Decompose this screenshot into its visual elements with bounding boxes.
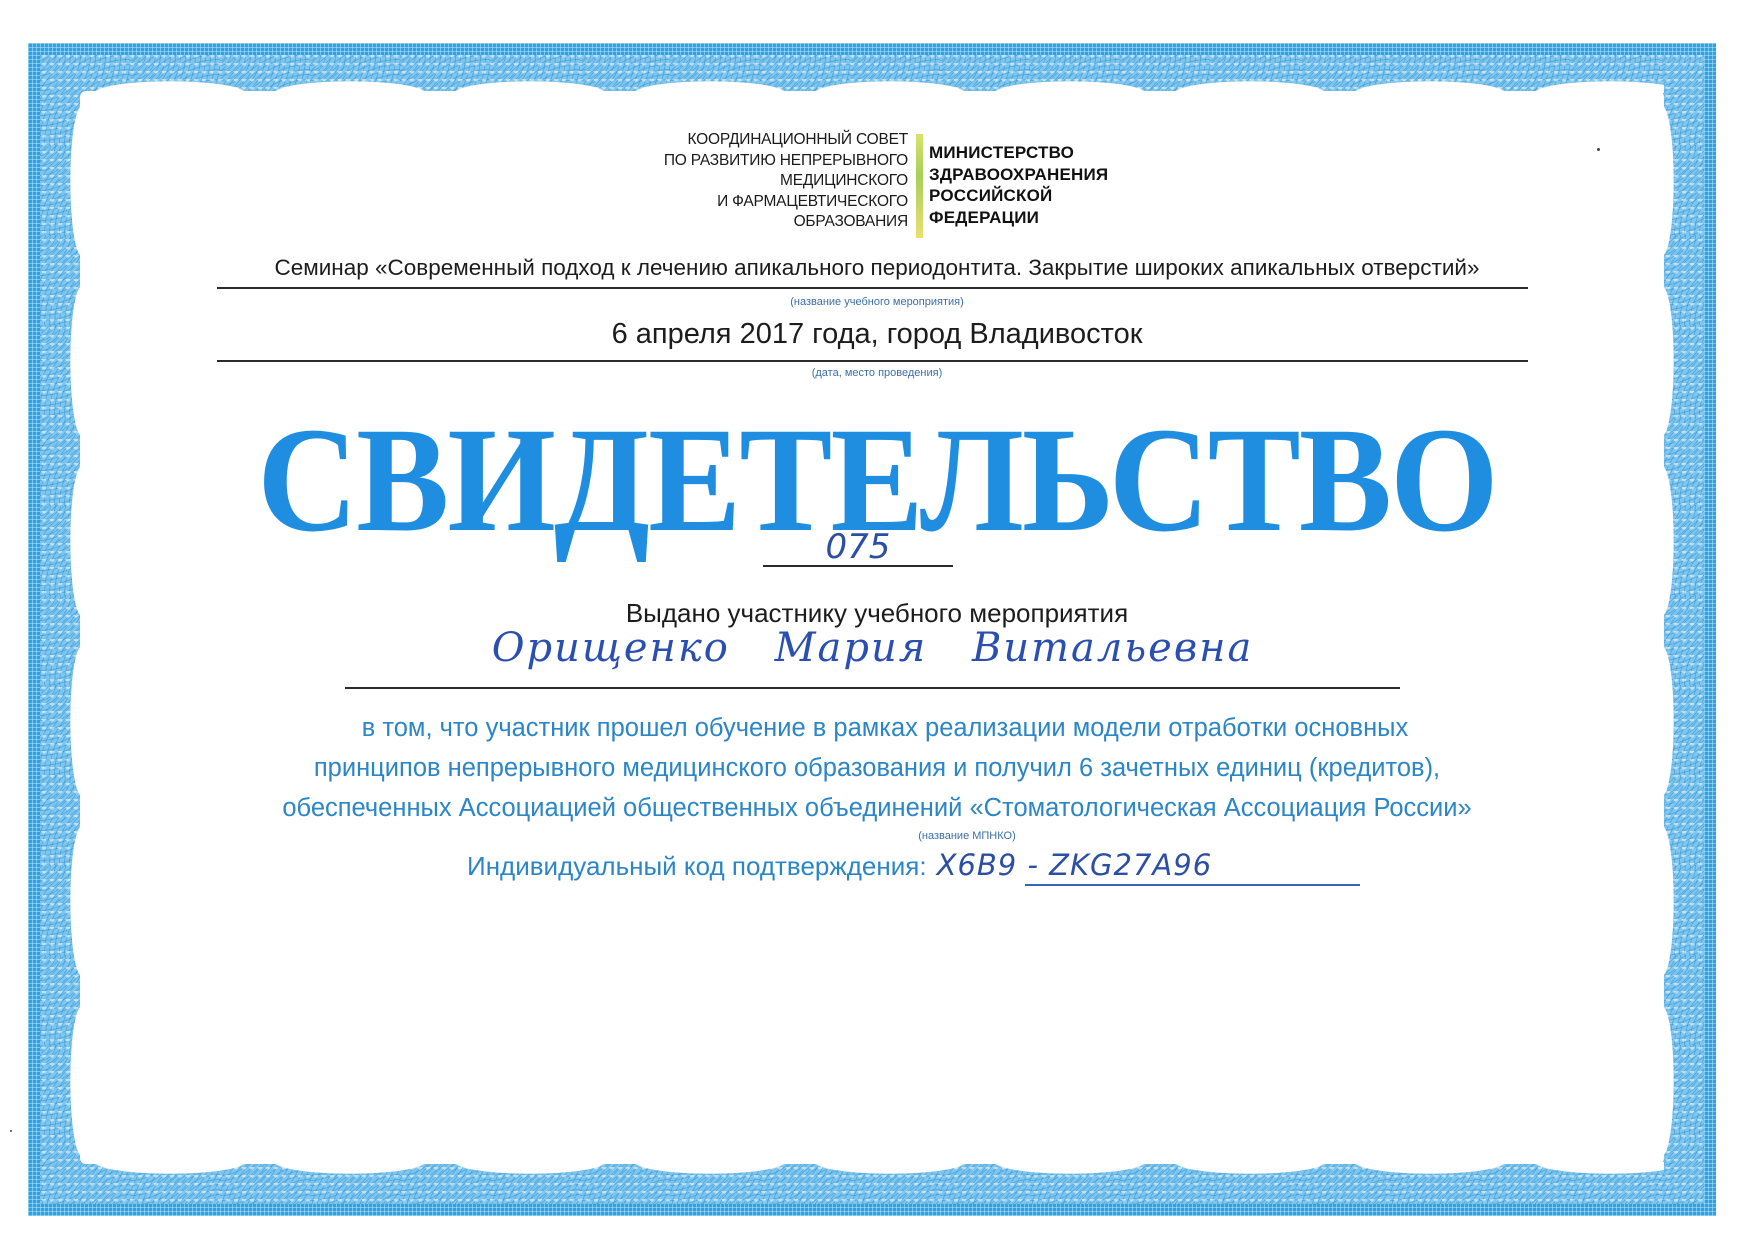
event-name: Семинар «Современный подход к лечению ап…: [0, 255, 1754, 281]
ministry-line: РОССИЙСКОЙ: [929, 185, 1108, 207]
number-underline: [763, 565, 953, 567]
ministry-line: МИНИСТЕРСТВО: [929, 142, 1108, 164]
date-place-underline: [217, 360, 1528, 362]
confirmation-code-row: Индивидуальный код подтверждения: X6B9 -…: [467, 848, 1212, 882]
council-line: ПО РАЗВИТИЮ НЕПРЕРЫВНОГО: [600, 151, 908, 172]
certificate-content: КООРДИНАЦИОННЫЙ СОВЕТ ПО РАЗВИТИЮ НЕПРЕР…: [0, 0, 1754, 1240]
date-place-hint: (дата, место проведения): [0, 367, 1754, 379]
participant-name-underline: [345, 687, 1400, 689]
scan-speck: [1597, 148, 1600, 151]
scan-speck: [10, 1130, 12, 1132]
council-name: КООРДИНАЦИОННЫЙ СОВЕТ ПО РАЗВИТИЮ НЕПРЕР…: [600, 130, 912, 238]
ministry-line: ЗДРАВООХРАНЕНИЯ: [929, 164, 1108, 186]
ministry-line: ФЕДЕРАЦИИ: [929, 207, 1108, 229]
council-line: ОБРАЗОВАНИЯ: [600, 212, 908, 233]
event-name-hint: (название учебного мероприятия): [0, 296, 1754, 308]
ministry-name: МИНИСТЕРСТВО ЗДРАВООХРАНЕНИЯ РОССИЙСКОЙ …: [929, 130, 1108, 238]
confirmation-code-underline: [1025, 884, 1360, 886]
body-line: в том, что участник прошел обучение в ра…: [8, 708, 1754, 748]
event-date-place: 6 апреля 2017 года, город Владивосток: [0, 318, 1754, 351]
council-line: И ФАРМАЦЕВТИЧЕСКОГО: [600, 192, 908, 213]
issuer-logo-block: КООРДИНАЦИОННЫЙ СОВЕТ ПО РАЗВИТИЮ НЕПРЕР…: [600, 130, 1160, 238]
logo-divider: [916, 134, 923, 238]
confirmation-code-label: Индивидуальный код подтверждения:: [467, 851, 927, 882]
certificate-number: 075: [763, 527, 953, 567]
confirmation-code-value: X6B9 - ZKG27A96: [937, 848, 1213, 882]
event-name-underline: [217, 287, 1528, 289]
body-line: обеспеченных Ассоциацией общественных об…: [0, 788, 1754, 828]
body-line: принципов непрерывного медицинского обра…: [0, 748, 1754, 788]
organization-hint: (название МПНКО): [90, 830, 1754, 842]
participant-name: Орищенко Мария Витальевна: [345, 625, 1400, 671]
council-line: МЕДИЦИНСКОГО: [600, 171, 908, 192]
council-line: КООРДИНАЦИОННЫЙ СОВЕТ: [600, 130, 908, 151]
